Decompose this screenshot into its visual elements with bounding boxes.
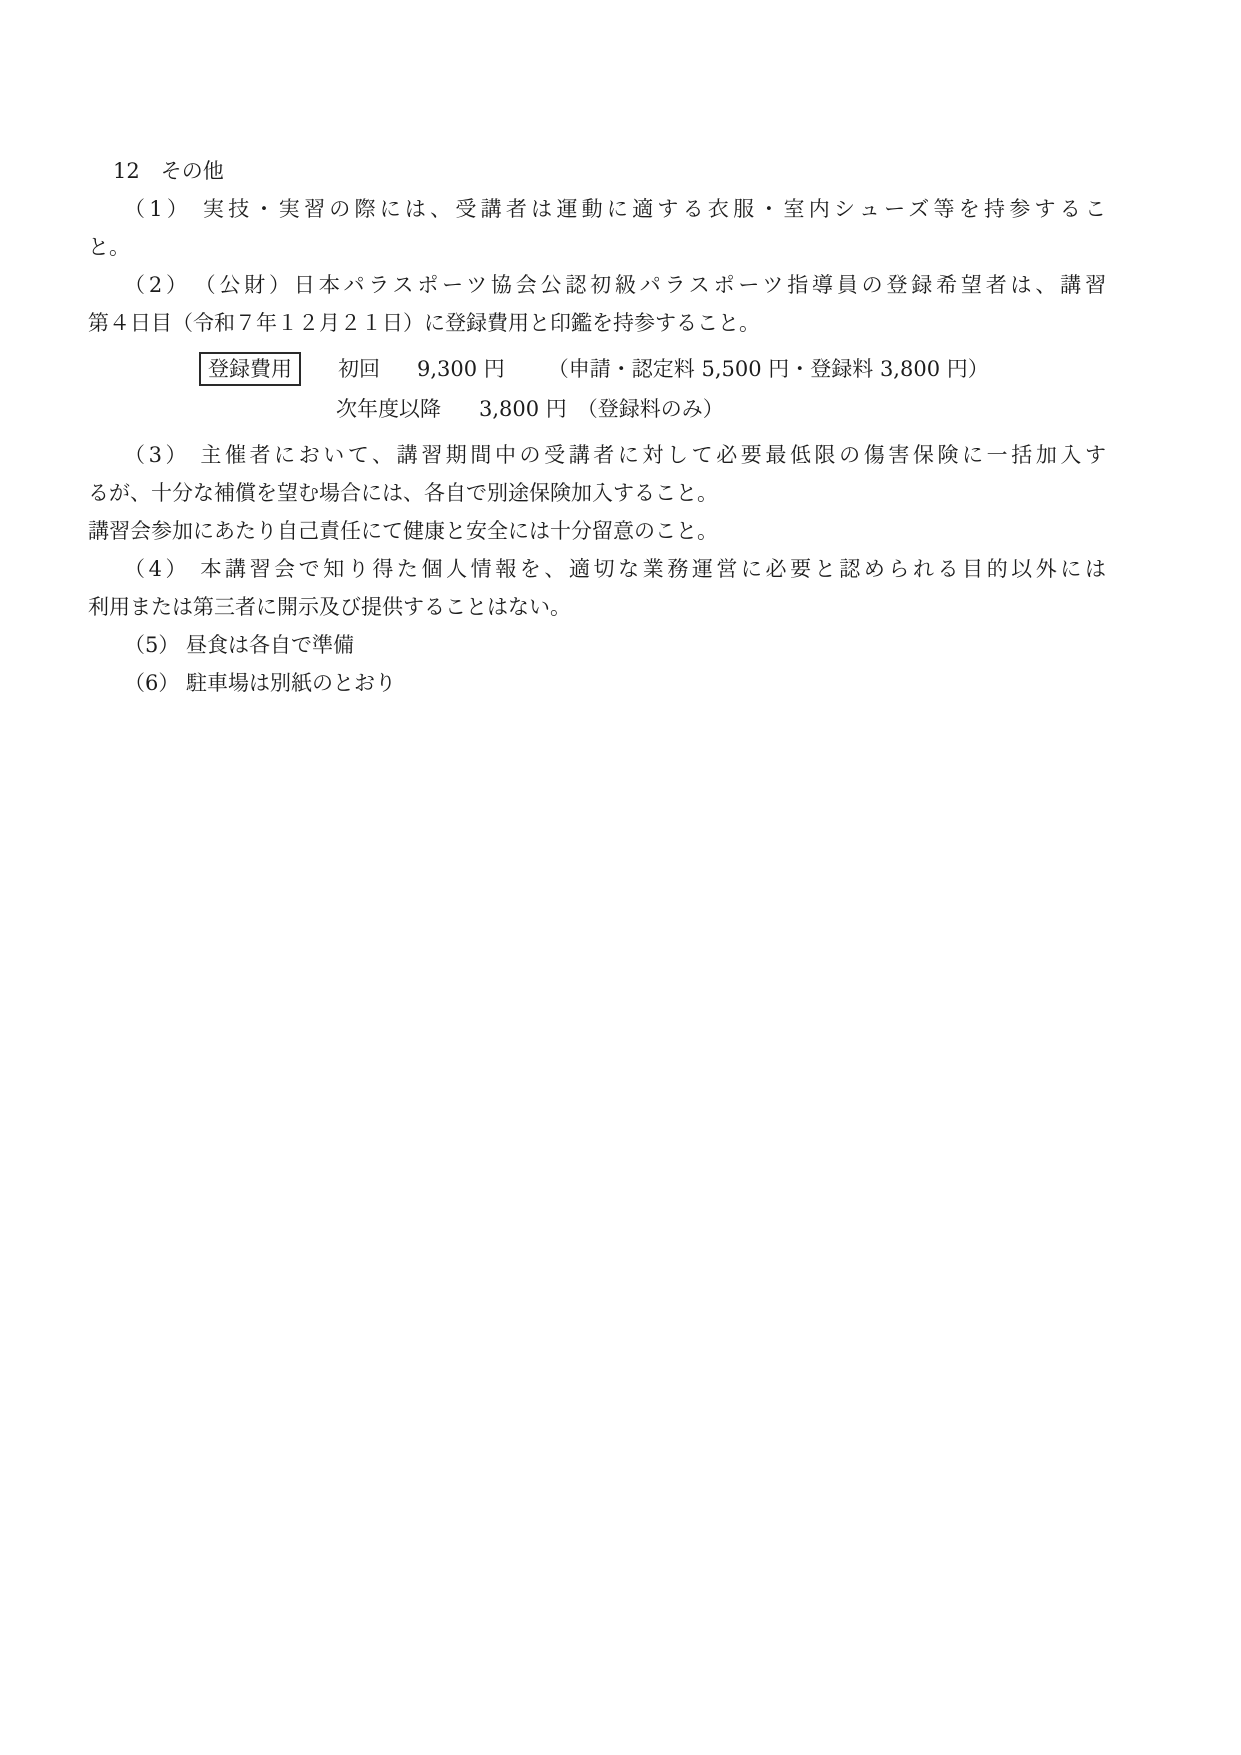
item-3-line-2: るが、十分な補償を望む場合には、各自で別途保険加入すること。 xyxy=(88,474,1106,512)
item-1-line-1: （1） 実技・実習の際には、受講者は運動に適する衣服・室内シューズ等を持参するこ xyxy=(88,190,1106,228)
item-2-line-1: （2） （公財）日本パラスポーツ協会公認初級パラスポーツ指導員の登録希望者は、講… xyxy=(88,266,1106,304)
item-2-line-2: 第４日目（令和７年１２月２１日）に登録費用と印鑑を持参すること。 xyxy=(88,304,1106,342)
fee-first-time-detail: （申請・認定料 5,500 円・登録料 3,800 円） xyxy=(548,357,989,381)
fee-next-year-amount: 3,800 円 xyxy=(479,397,567,421)
registration-fee-line-2: 次年度以降3,800 円（登録料のみ） xyxy=(88,389,1106,429)
item-3-line-3: 講習会参加にあたり自己責任にて健康と安全には十分留意のこと。 xyxy=(88,512,1106,550)
item-4-line-1: （4） 本講習会で知り得た個人情報を、適切な業務運営に必要と認められる目的以外に… xyxy=(88,550,1106,588)
fee-first-time-label: 初回 xyxy=(338,357,380,381)
section-heading-12-sonota: 12 その他 xyxy=(88,152,1106,190)
item-5-line: （5） 昼食は各自で準備 xyxy=(88,626,1106,664)
registration-fee-box-label: 登録費用 xyxy=(199,352,301,386)
item-6-line: （6） 駐車場は別紙のとおり xyxy=(88,664,1106,702)
item-4-line-2: 利用または第三者に開示及び提供することはない。 xyxy=(88,588,1106,626)
fee-first-time-amount: 9,300 円 xyxy=(417,357,505,381)
registration-fee-line-1: 登録費用初回9,300 円（申請・認定料 5,500 円・登録料 3,800 円… xyxy=(88,349,1106,389)
fee-next-year-detail: （登録料のみ） xyxy=(577,397,724,421)
document-page: 12 その他 （1） 実技・実習の際には、受講者は運動に適する衣服・室内シューズ… xyxy=(0,0,1241,1755)
fee-next-year-label: 次年度以降 xyxy=(336,397,441,421)
item-3-line-1: （3） 主催者において、講習期間中の受講者に対して必要最低限の傷害保険に一括加入… xyxy=(88,436,1106,474)
item-1-line-2: と。 xyxy=(88,228,1106,266)
document-content: 12 その他 （1） 実技・実習の際には、受講者は運動に適する衣服・室内シューズ… xyxy=(88,152,1106,702)
